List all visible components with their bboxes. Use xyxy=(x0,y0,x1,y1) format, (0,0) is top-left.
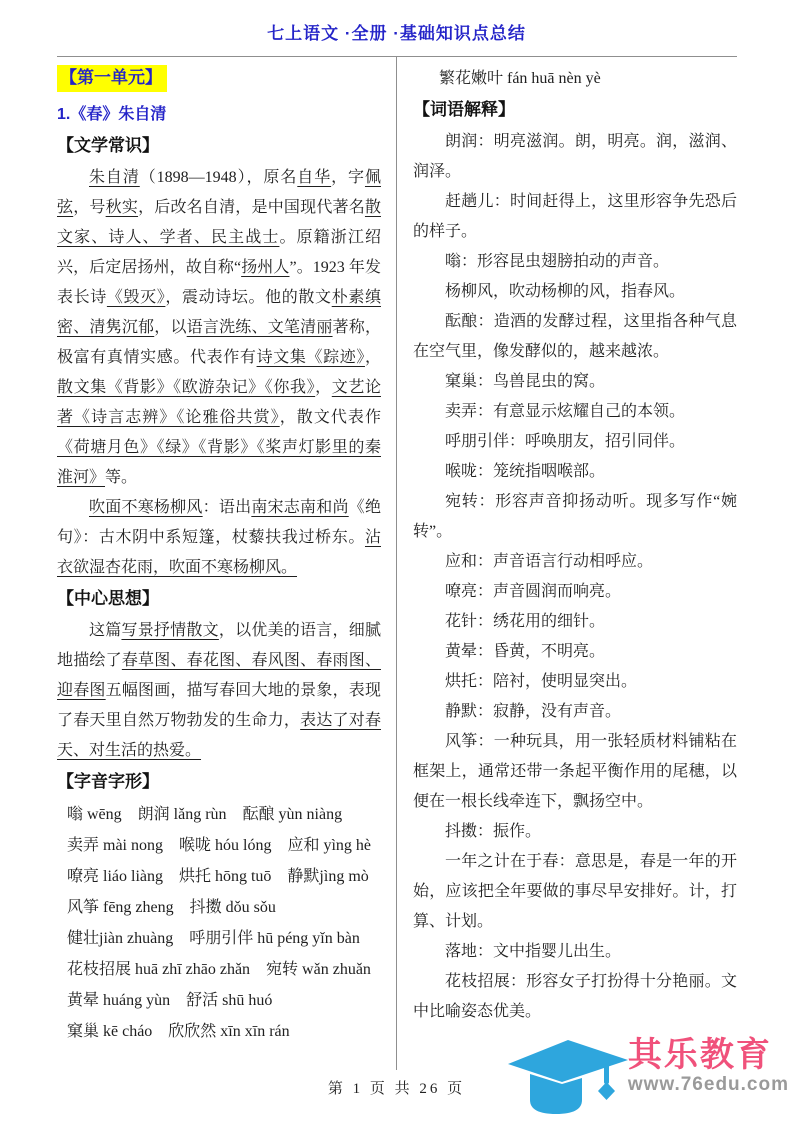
definition-item: 嘹亮：声音圆润而响亮。 xyxy=(413,577,737,607)
definition-item: 抖擞：振作。 xyxy=(413,817,737,847)
definition-item: 杨柳风，吹动杨柳的风，指春风。 xyxy=(413,277,737,307)
definition-item: 卖弄：有意显示炫耀自己的本领。 xyxy=(413,397,737,427)
lesson-title: 1.《春》朱自清 xyxy=(57,103,381,127)
pinyin-row: 窠巢 kē cháo 欣欣然 xīn xīn rán xyxy=(57,1016,381,1047)
logo-website-url: www.76edu.com xyxy=(628,1074,789,1096)
pinyin-row: 黄晕 huáng yùn 舒活 shū huó xyxy=(57,985,381,1016)
logo-brand-name: 其乐教育 xyxy=(628,1036,789,1074)
definition-item: 花枝招展：形容女子打扮得十分艳丽。文中比喻姿态优美。 xyxy=(413,967,737,1027)
pinyin-row: 风筝 fēng zheng 抖擞 dǒu sǒu xyxy=(57,892,381,923)
literature-paragraph-1: 朱自清（1898—1948），原名自华，字佩弦，号秋实，后改名自清，是中国现代著… xyxy=(57,163,381,493)
section-heading-literature: 【文学常识】 xyxy=(57,133,381,159)
definition-item: 朗润：明亮滋润。朗，明亮。润，滋润、润泽。 xyxy=(413,127,737,187)
definition-item: 赶趟儿：时间赶得上，这里形容争先恐后的样子。 xyxy=(413,187,737,247)
definition-item: 静默：寂静，没有声音。 xyxy=(413,697,737,727)
definition-item: 喉咙：笼统指咽喉部。 xyxy=(413,457,737,487)
two-column-body: 【第一单元】 1.《春》朱自清 【文学常识】 朱自清（1898—1948），原名… xyxy=(57,57,737,1070)
definition-item: 落地：文中指婴儿出生。 xyxy=(413,937,737,967)
pinyin-row: 花枝招展 huā zhī zhāo zhǎn 宛转 wǎn zhuǎn xyxy=(57,954,381,985)
document-page: 七上语文 ·全册 ·基础知识点总结 【第一单元】 1.《春》朱自清 【文学常识】… xyxy=(0,0,793,1122)
definition-item: 呼朋引伴：呼唤朋友，招引同伴。 xyxy=(413,427,737,457)
definition-item: 酝酿：造酒的发酵过程，这里指各种气息在空气里，像发酵似的，越来越浓。 xyxy=(413,307,737,367)
pinyin-row: 卖弄 mài nong 喉咙 hóu lóng 应和 yìng hè xyxy=(57,830,381,861)
definition-item: 窠巢：鸟兽昆虫的窝。 xyxy=(413,367,737,397)
unit-heading: 【第一单元】 xyxy=(57,65,167,92)
pinyin-row: 健壮jiàn zhuàng 呼朋引伴 hū péng yǐn bàn xyxy=(57,923,381,954)
left-column: 【第一单元】 1.《春》朱自清 【文学常识】 朱自清（1898—1948），原名… xyxy=(57,57,397,1070)
definition-item: 嗡：形容昆虫翅膀拍动的声音。 xyxy=(413,247,737,277)
pinyin-row: 嗡 wēng 朗润 lǎng rùn 酝酿 yùn niàng xyxy=(57,799,381,830)
definition-item: 花针：绣花用的细针。 xyxy=(413,607,737,637)
right-column: 繁花嫩叶 fán huā nèn yè 【词语解释】 朗润：明亮滋润。朗，明亮。… xyxy=(397,57,737,1070)
definition-item: 风筝：一种玩具，用一张轻质材料铺粘在框架上，通常还带一条起平衡作用的尾穗，以便在… xyxy=(413,727,737,817)
definition-item: 黄晕：昏黄，不明亮。 xyxy=(413,637,737,667)
definition-item: 宛转：形容声音抑扬动听。现多写作“婉转”。 xyxy=(413,487,737,547)
section-heading-theme: 【中心思想】 xyxy=(57,586,381,612)
section-heading-glossary: 【词语解释】 xyxy=(413,97,737,123)
literature-paragraph-2: 吹面不寒杨柳风：语出南宋志南和尚《绝句》：古木阴中系短篷，杖藜扶我过桥东。沾衣欲… xyxy=(57,493,381,583)
document-title: 七上语文 ·全册 ·基础知识点总结 xyxy=(0,19,793,44)
section-heading-phonetics: 【字音字形】 xyxy=(57,769,381,795)
definition-item: 应和：声音语言行动相呼应。 xyxy=(413,547,737,577)
pinyin-row: 嘹亮 liáo liàng 烘托 hōng tuō 静默jìng mò xyxy=(57,861,381,892)
definition-item: 一年之计在于春：意思是，春是一年的开始，应该把全年要做的事尽早安排好。计，打算、… xyxy=(413,847,737,937)
pinyin-row-continued: 繁花嫩叶 fán huā nèn yè xyxy=(413,63,737,94)
theme-paragraph: 这篇写景抒情散文，以优美的语言，细腻地描绘了春草图、春花图、春风图、春雨图、迎春… xyxy=(57,616,381,766)
logo-text-block: 其乐教育 www.76edu.com xyxy=(628,1036,789,1096)
publisher-logo: 其乐教育 www.76edu.com xyxy=(504,1030,793,1120)
graduation-cap-icon xyxy=(504,1030,632,1120)
definition-item: 烘托：陪衬，使明显突出。 xyxy=(413,667,737,697)
